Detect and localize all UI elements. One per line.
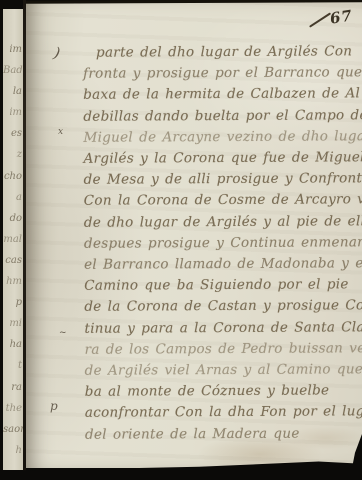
manuscript-line: despues prosigue y Continua enmenando	[84, 232, 362, 255]
margin-fragment: mi	[3, 313, 24, 334]
margin-fragment: do	[3, 208, 24, 229]
margin-fragment: z	[3, 144, 24, 165]
manuscript-line: de dho lugar de Argilés y al pie de ella	[84, 211, 362, 234]
folio-number-text: 67	[329, 6, 354, 27]
margin-fragment: the	[3, 398, 24, 419]
margin-fragment: hm	[3, 271, 24, 292]
margin-fragment: la	[3, 81, 24, 102]
previous-page-edge: im Bad la im es z cho a do mal cas hm p …	[3, 9, 24, 470]
manuscript-line: de la Corona de Castan y prosigue Con	[84, 296, 362, 319]
manuscript-line: Argilés y la Corona que fue de Miguel	[84, 147, 362, 170]
margin-fragment: Bad	[3, 60, 24, 81]
manuscript-scan: im Bad la im es z cho a do mal cas hm p …	[0, 0, 362, 480]
manuscript-line: parte del dho lugar de Argilés Con	[96, 41, 362, 64]
margin-fragment: mal	[3, 229, 24, 250]
margin-fragment: im	[3, 102, 24, 123]
margin-fragment: saon	[3, 419, 24, 440]
manuscript-line: ba al monte de Cóznues y buelbe	[85, 381, 362, 404]
manuscript-line: debillas dando buelta por el Campo de	[83, 105, 362, 128]
ink-mark: ~	[59, 328, 67, 338]
manuscript-line: baxa de la hermita de Calbazen de Al	[83, 84, 362, 107]
margin-fragment: es	[3, 123, 24, 144]
manuscript-line: el Barranco llamado de Madonaba y el	[84, 253, 362, 276]
manuscript-line: aconfrontar Con la dha Fon por el lugar …	[85, 402, 362, 425]
manuscript-line: de Mesa y de alli prosigue y Confronta	[84, 168, 362, 191]
manuscript-line: ra de los Campos de Pedro buissan vezino	[85, 338, 362, 361]
binding-gutter	[23, 0, 26, 480]
manuscript-line: Miguel de Arcayne vezino de dho lugar de	[83, 126, 362, 149]
margin-fragment: cas	[3, 250, 24, 271]
margin-fragment: im	[3, 39, 24, 60]
manuscript-line: Con la Corona de Cosme de Arcayro vezo	[84, 190, 362, 213]
margin-fragment: t	[3, 355, 24, 376]
margin-fragment: h	[3, 440, 24, 461]
manuscript-line: fronta y prosigue por el Barranco que	[83, 62, 362, 85]
margin-fragment: a	[3, 187, 24, 208]
margin-fragment: p	[3, 292, 24, 313]
manuscript-text: parte del dho lugar de Argilés Con front…	[83, 41, 362, 445]
ink-mark: p	[50, 399, 58, 413]
manuscript-line: de Argilés viel Arnas y al Camino que	[85, 359, 362, 382]
folio-flourish-stroke	[309, 12, 331, 27]
margin-fragment: ha	[3, 334, 24, 355]
margin-fragment: cho	[3, 166, 24, 187]
manuscript-line: tinua y para a la Corona de Santa Cla	[84, 317, 362, 340]
folio-number: 67	[304, 5, 354, 31]
ink-mark: x	[58, 127, 63, 137]
manuscript-line: Camino que ba Siguiendo por el pie	[84, 274, 362, 297]
manuscript-page: 67 parte del dho lugar de Argilés Con fr…	[25, 2, 362, 468]
manuscript-line: del oriente de la Madera que	[85, 423, 362, 446]
margin-fragment: ra	[3, 377, 24, 398]
